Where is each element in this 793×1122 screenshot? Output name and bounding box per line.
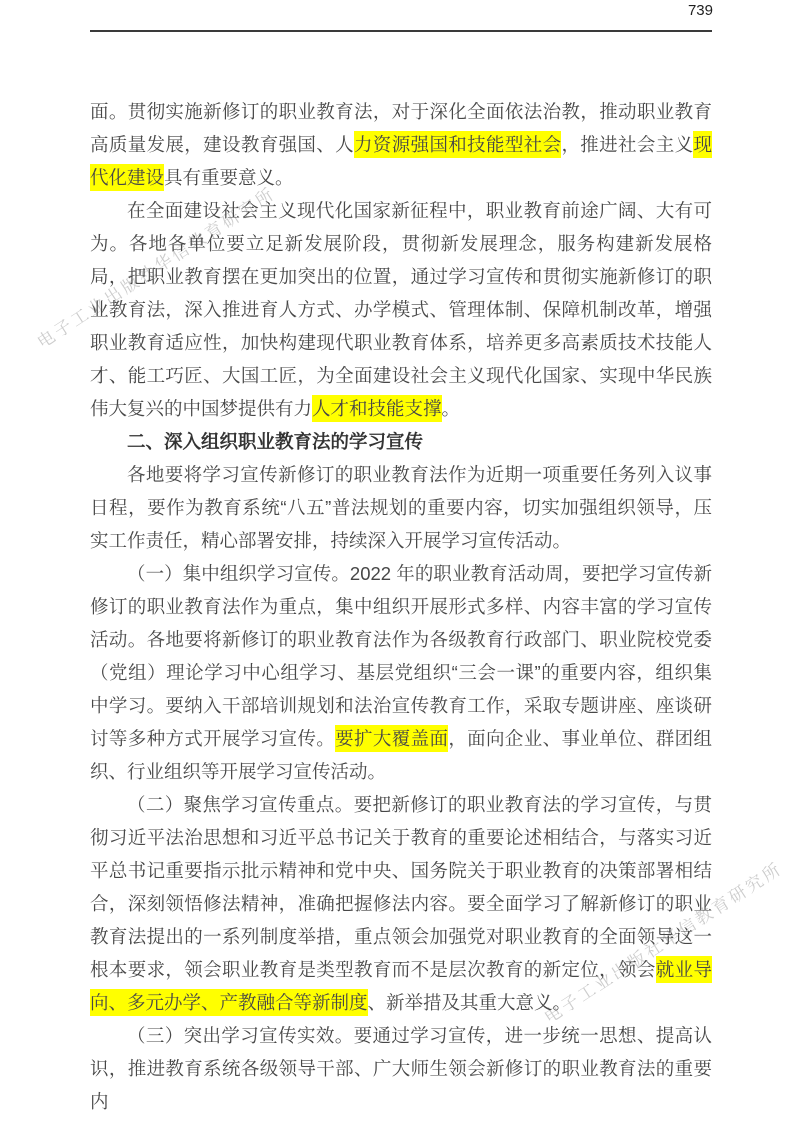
document-page: 739 电子工业出版社华信教育研究所 电子工业出版社华信教育研究所 面。贯彻实施… — [0, 0, 793, 1122]
text-segment: 。 — [442, 398, 461, 419]
text-segment: （二）聚焦学习宣传重点。要把新修订的职业教育法的学习宣传，与贯彻习近平法治思想和… — [90, 794, 712, 980]
text-segment: （三）突出学习宣传实效。要通过学习宣传，进一步统一思想、提高认识，推进教育系统各… — [90, 1025, 712, 1112]
section-heading: 二、深入组织职业教育法的学习宣传 — [90, 425, 712, 458]
text-segment: 具有重要意义。 — [164, 167, 294, 188]
paragraph: （二）聚焦学习宣传重点。要把新修订的职业教育法的学习宣传，与贯彻习近平法治思想和… — [90, 788, 712, 1019]
paragraph: 面。贯彻实施新修订的职业教育法，对于深化全面依法治教，推动职业教育高质量发展，建… — [90, 95, 712, 194]
text-segment: ，推进社会主义 — [561, 134, 693, 155]
header-rule — [90, 30, 712, 32]
text-segment: 在全面建设社会主义现代化国家新征程中，职业教育前途广阔、大有可为。各地各单位要立… — [90, 200, 712, 419]
paragraph: 各地要将学习宣传新修订的职业教育法作为近期一项重要任务列入议事日程，要作为教育系… — [90, 458, 712, 557]
text-segment: 各地要将学习宣传新修订的职业教育法作为近期一项重要任务列入议事日程，要作为教育系… — [90, 464, 712, 551]
highlight-text: 要扩大覆盖面 — [335, 725, 448, 752]
page-number: 739 — [688, 2, 713, 19]
text-segment: 、新举措及其重大意义。 — [368, 992, 572, 1013]
highlight-text: 力资源强国和技能型社会 — [354, 131, 561, 158]
text-segment: （一）集中组织学习宣传。2022 年的职业教育活动周，要把学习宣传新修订的职业教… — [90, 563, 712, 749]
document-body: 面。贯彻实施新修订的职业教育法，对于深化全面依法治教，推动职业教育高质量发展，建… — [90, 95, 712, 1118]
paragraph: 在全面建设社会主义现代化国家新征程中，职业教育前途广阔、大有可为。各地各单位要立… — [90, 194, 712, 425]
paragraph: （一）集中组织学习宣传。2022 年的职业教育活动周，要把学习宣传新修订的职业教… — [90, 557, 712, 788]
highlight-text: 人才和技能支撑 — [312, 395, 442, 422]
paragraph: （三）突出学习宣传实效。要通过学习宣传，进一步统一思想、提高认识，推进教育系统各… — [90, 1019, 712, 1118]
